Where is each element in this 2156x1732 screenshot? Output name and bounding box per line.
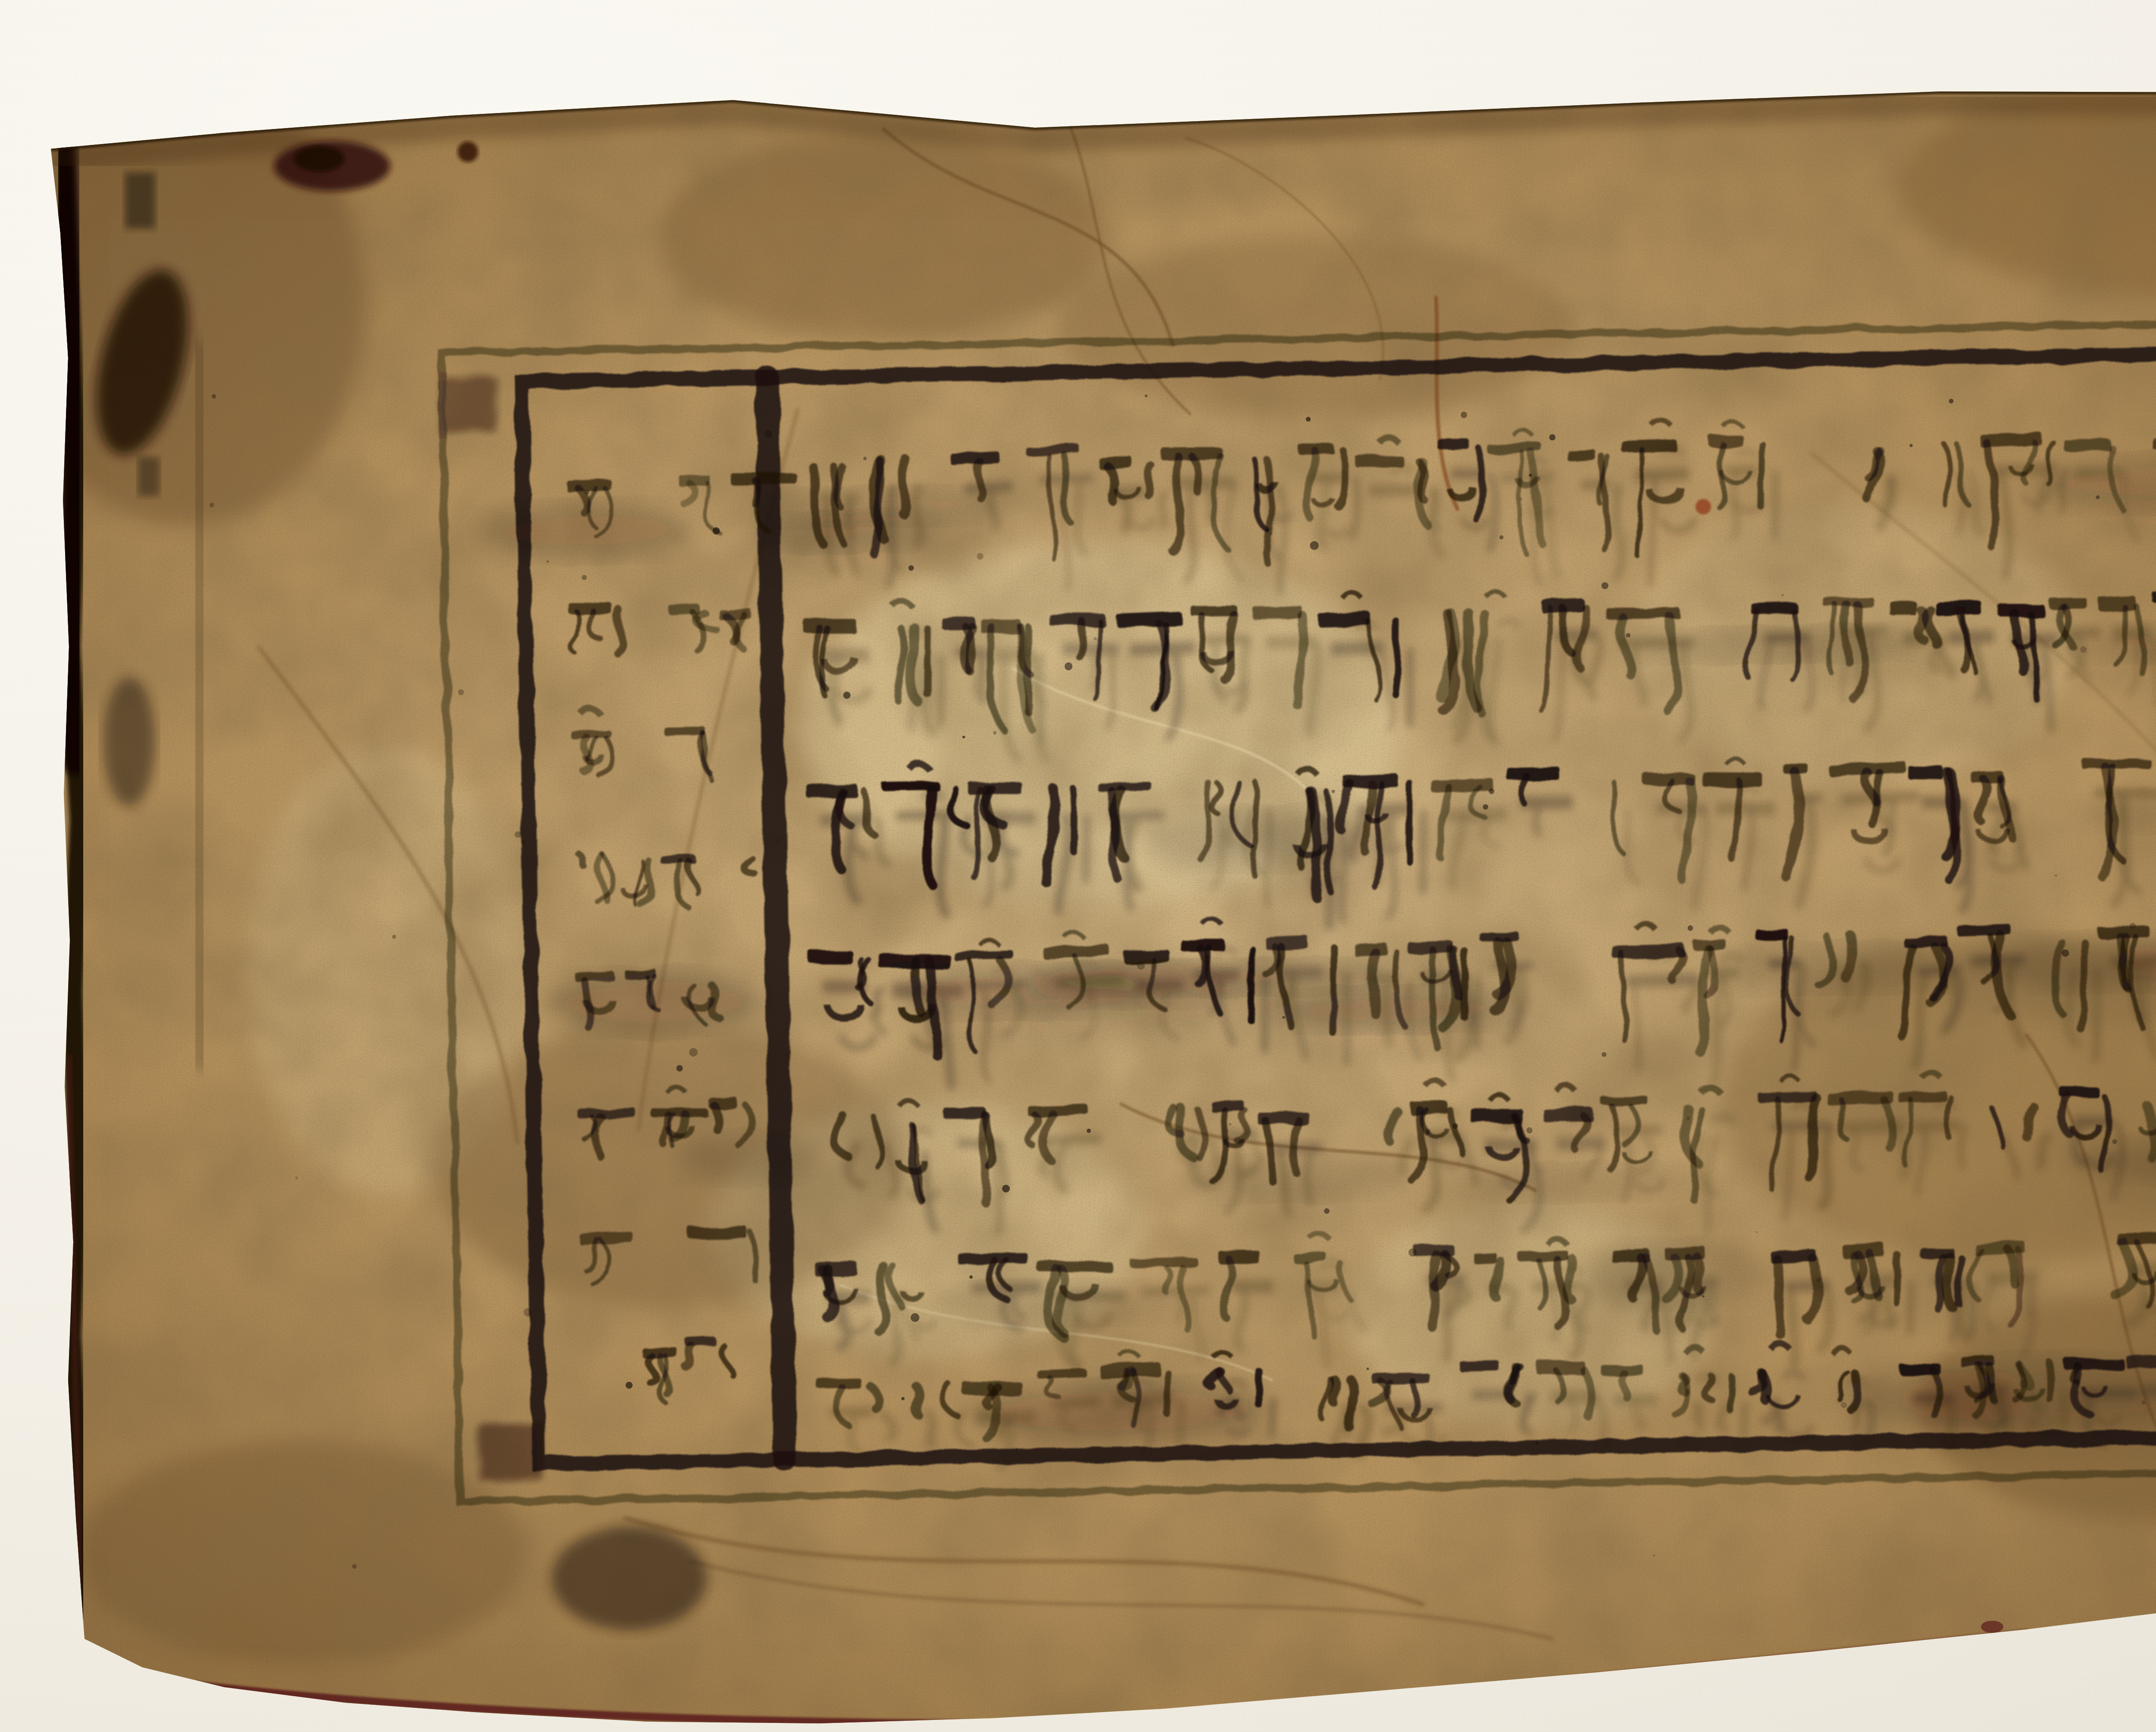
manuscript-sheet <box>0 0 2156 1732</box>
paper-grain-texture <box>0 0 2156 1732</box>
photo-stage: photographed manuscript leaf <box>0 0 2156 1732</box>
rust-fleck <box>1695 499 1711 515</box>
soot-smudge <box>552 1527 707 1630</box>
manuscript-photo: photographed manuscript leaf <box>0 0 2156 1732</box>
